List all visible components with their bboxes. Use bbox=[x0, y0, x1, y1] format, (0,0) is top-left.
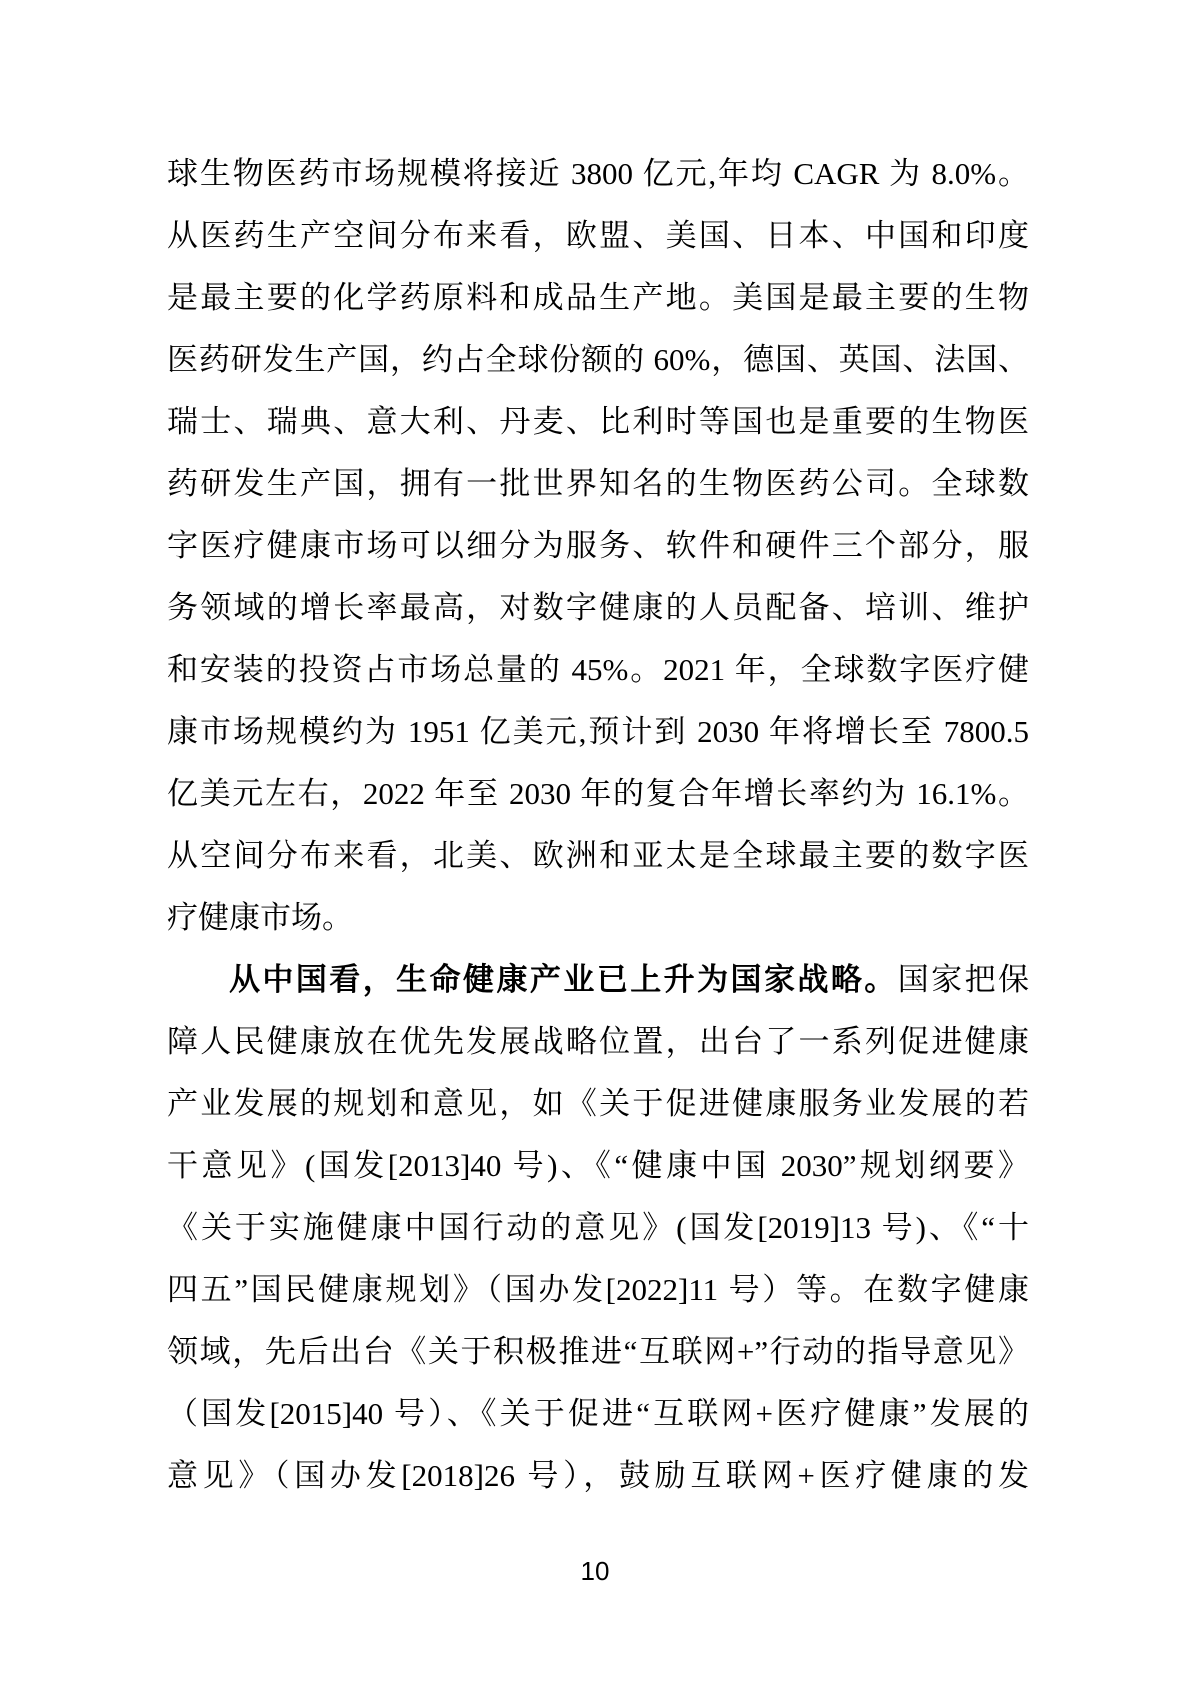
paragraph-global-market-last-line: 疗健康市场。 bbox=[167, 887, 1029, 949]
lead-rest-text: 国家把保 bbox=[898, 962, 1029, 997]
text-line: 和安装的投资占市场总量的 45%。2021 年，全球数字医疗健 bbox=[167, 639, 1029, 701]
text-line: 瑞士、瑞典、意大利、丹麦、比利时等国也是重要的生物医 bbox=[167, 391, 1029, 453]
page-body-text: 球生物医药市场规模将接近 3800 亿元,年均 CAGR 为 8.0%。从医药生… bbox=[167, 143, 1029, 1507]
text-line: 球生物医药市场规模将接近 3800 亿元,年均 CAGR 为 8.0%。 bbox=[167, 143, 1029, 205]
text-line: 务领域的增长率最高，对数字健康的人员配备、培训、维护 bbox=[167, 577, 1029, 639]
paragraph-china-strategy-first-line: 从中国看，生命健康产业已上升为国家战略。国家把保 bbox=[167, 949, 1029, 1011]
text-line: 字医疗健康市场可以细分为服务、软件和硬件三个部分，服 bbox=[167, 515, 1029, 577]
text-line: 是最主要的化学药原料和成品生产地。美国是最主要的生物 bbox=[167, 267, 1029, 329]
text-line: 干意见》(国发[2013]40 号)、《“健康中国 2030”规划纲要》 bbox=[167, 1135, 1029, 1197]
text-line: 医药研发生产国，约占全球份额的 60%，德国、英国、法国、 bbox=[167, 329, 1029, 391]
text-line: 亿美元左右，2022 年至 2030 年的复合年增长率约为 16.1%。 bbox=[167, 763, 1029, 825]
text-line: 四五”国民健康规划》（国办发[2022]11 号）等。在数字健康 bbox=[167, 1259, 1029, 1321]
text-line: （国发[2015]40 号）、《关于促进“互联网+医疗健康”发展的 bbox=[167, 1383, 1029, 1445]
text-line: 药研发生产国，拥有一批世界知名的生物医药公司。全球数 bbox=[167, 453, 1029, 515]
text-line: 意见》（国办发[2018]26 号），鼓励互联网+医疗健康的发 bbox=[167, 1445, 1029, 1507]
paragraph-china-strategy-body: 障人民健康放在优先发展战略位置，出台了一系列促进健康产业发展的规划和意见，如《关… bbox=[167, 1011, 1029, 1507]
text-line: 从空间分布来看，北美、欧洲和亚太是全球最主要的数字医 bbox=[167, 825, 1029, 887]
text-line: 《关于实施健康中国行动的意见》(国发[2019]13 号)、《“十 bbox=[167, 1197, 1029, 1259]
paragraph-global-market: 球生物医药市场规模将接近 3800 亿元,年均 CAGR 为 8.0%。从医药生… bbox=[167, 143, 1029, 887]
text-line: 障人民健康放在优先发展战略位置，出台了一系列促进健康 bbox=[167, 1011, 1029, 1073]
bold-lead-text: 从中国看，生命健康产业已上升为国家战略。 bbox=[229, 962, 898, 997]
text-line: 康市场规模约为 1951 亿美元,预计到 2030 年将增长至 7800.5 bbox=[167, 701, 1029, 763]
page-number: 10 bbox=[0, 1556, 1190, 1587]
text-line: 领域，先后出台《关于积极推进“互联网+”行动的指导意见》 bbox=[167, 1321, 1029, 1383]
document-page: 球生物医药市场规模将接近 3800 亿元,年均 CAGR 为 8.0%。从医药生… bbox=[0, 0, 1190, 1682]
text-line: 产业发展的规划和意见，如《关于促进健康服务业发展的若 bbox=[167, 1073, 1029, 1135]
text-line: 从医药生产空间分布来看，欧盟、美国、日本、中国和印度 bbox=[167, 205, 1029, 267]
